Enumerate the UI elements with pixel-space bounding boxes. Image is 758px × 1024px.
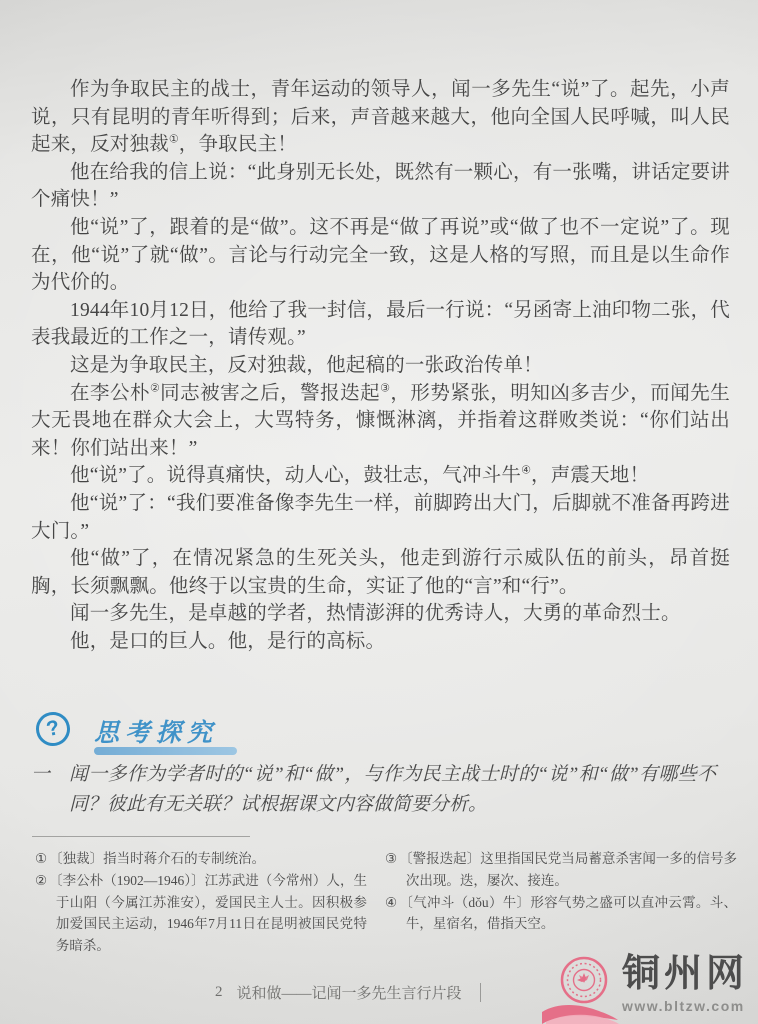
- lesson-title: 说和做——记闻一多先生言行片段: [237, 982, 462, 1003]
- body-paragraph: 作为争取民主的战士，青年运动的领导人，闻一多先生“说”了。起先，小声说，只有昆明…: [31, 76, 730, 159]
- exercise-question: 一 闻一多作为学者时的“说”和“做”，与作为民主战士时的“说”和“做”有哪些不同…: [31, 760, 716, 820]
- footnote-text: 〔独裁〕指当时蒋介石的专制统治。: [49, 851, 265, 866]
- explore-section-title: 思考探究: [94, 713, 254, 749]
- footnote-number: ④: [385, 895, 397, 910]
- watermark-site-name: 铜州网: [622, 954, 758, 994]
- body-paragraph: 1944年10月12日，他给了我一封信，最后一行说：“另函寄上油印物二张，代表我…: [31, 297, 730, 352]
- body-paragraph: 他在给我的信上说：“此身别无长处，既然有一颗心，有一张嘴，讲话定要讲个痛快！”: [31, 159, 730, 214]
- footnote-text: 〔李公朴（1902—1946）〕江苏武进（今常州）人，生于山阳（今属江苏淮安），…: [49, 873, 367, 953]
- footnote-number: ③: [385, 851, 397, 866]
- footnote-text: 〔气冲斗（dǒu）牛〕形容气势之盛可以直冲云霄。斗、牛，星宿名，借指天空。: [399, 895, 737, 932]
- body-paragraph: 他“说”了，跟着的是“做”。这不再是“做了再说”或“做了也不一定说”了。现在，他…: [31, 214, 730, 297]
- footnote-column-left: ①〔独裁〕指当时蒋介石的专制统治。 ②〔李公朴（1902—1946）〕江苏武进（…: [35, 848, 367, 957]
- footnote-number: ①: [35, 851, 47, 866]
- question-mark-icon: ?: [33, 709, 73, 749]
- footnote-number: ②: [35, 873, 47, 888]
- footnotes: ①〔独裁〕指当时蒋介石的专制统治。 ②〔李公朴（1902—1946）〕江苏武进（…: [35, 848, 740, 957]
- question-number: 一: [31, 760, 69, 790]
- footnote: ③〔警报迭起〕这里指国民党当局蓄意杀害闻一多的信号多次出现。迭，屡次、接连。: [385, 848, 737, 892]
- lesson-body: 作为争取民主的战士，青年运动的领导人，闻一多先生“说”了。起先，小声说，只有昆明…: [31, 76, 730, 655]
- body-paragraph: 他“说”了：“我们要准备像李先生一样，前脚跨出大门，后脚就不准备再跨进大门。”: [31, 490, 730, 545]
- body-paragraph: 他“做”了，在情况紧急的生死关头，他走到游行示威队伍的前头，昂首挺胸，长须飘飘。…: [31, 545, 730, 600]
- page-number: 2: [215, 984, 223, 1001]
- body-paragraph: 他“说”了。说得真痛快，动人心，鼓壮志，气冲斗牛④，声震天地！: [31, 462, 730, 490]
- footnote: ①〔独裁〕指当时蒋介石的专制统治。: [35, 848, 367, 870]
- footnote-column-right: ③〔警报迭起〕这里指国民党当局蓄意杀害闻一多的信号多次出现。迭，屡次、接连。 ④…: [385, 848, 737, 957]
- body-paragraph: 在李公朴②同志被害之后，警报迭起③，形势紧张，明知凶多吉少，而闻先生大无畏地在群…: [31, 380, 730, 463]
- page-footer: 2 说和做——记闻一多先生言行片段: [215, 981, 481, 1003]
- seal-ribbon-logo-icon: [540, 950, 620, 1024]
- body-paragraph: 他，是口的巨人。他，是行的高标。: [31, 628, 730, 656]
- site-watermark: 铜州网 www.bltzw.com: [540, 948, 758, 1024]
- footnote: ②〔李公朴（1902—1946）〕江苏武进（今常州）人，生于山阳（今属江苏淮安）…: [35, 870, 367, 957]
- watermark-site-url: www.bltzw.com: [622, 998, 758, 1014]
- body-paragraph: 闻一多先生，是卓越的学者，热情澎湃的优秀诗人，大勇的革命烈士。: [31, 600, 730, 628]
- question-text: 闻一多作为学者时的“说”和“做”，与作为民主战士时的“说”和“做”有哪些不同？彼…: [69, 760, 716, 820]
- footnote: ④〔气冲斗（dǒu）牛〕形容气势之盛可以直冲云霄。斗、牛，星宿名，借指天空。: [385, 892, 737, 936]
- footnote-separator-line: [32, 836, 250, 837]
- footer-divider: [480, 983, 481, 1002]
- body-paragraph: 这是为争取民主，反对独裁，他起稿的一张政治传单！: [31, 352, 730, 380]
- title-underline-bar: [94, 747, 237, 755]
- footnote-text: 〔警报迭起〕这里指国民党当局蓄意杀害闻一多的信号多次出现。迭，屡次、接连。: [399, 851, 737, 888]
